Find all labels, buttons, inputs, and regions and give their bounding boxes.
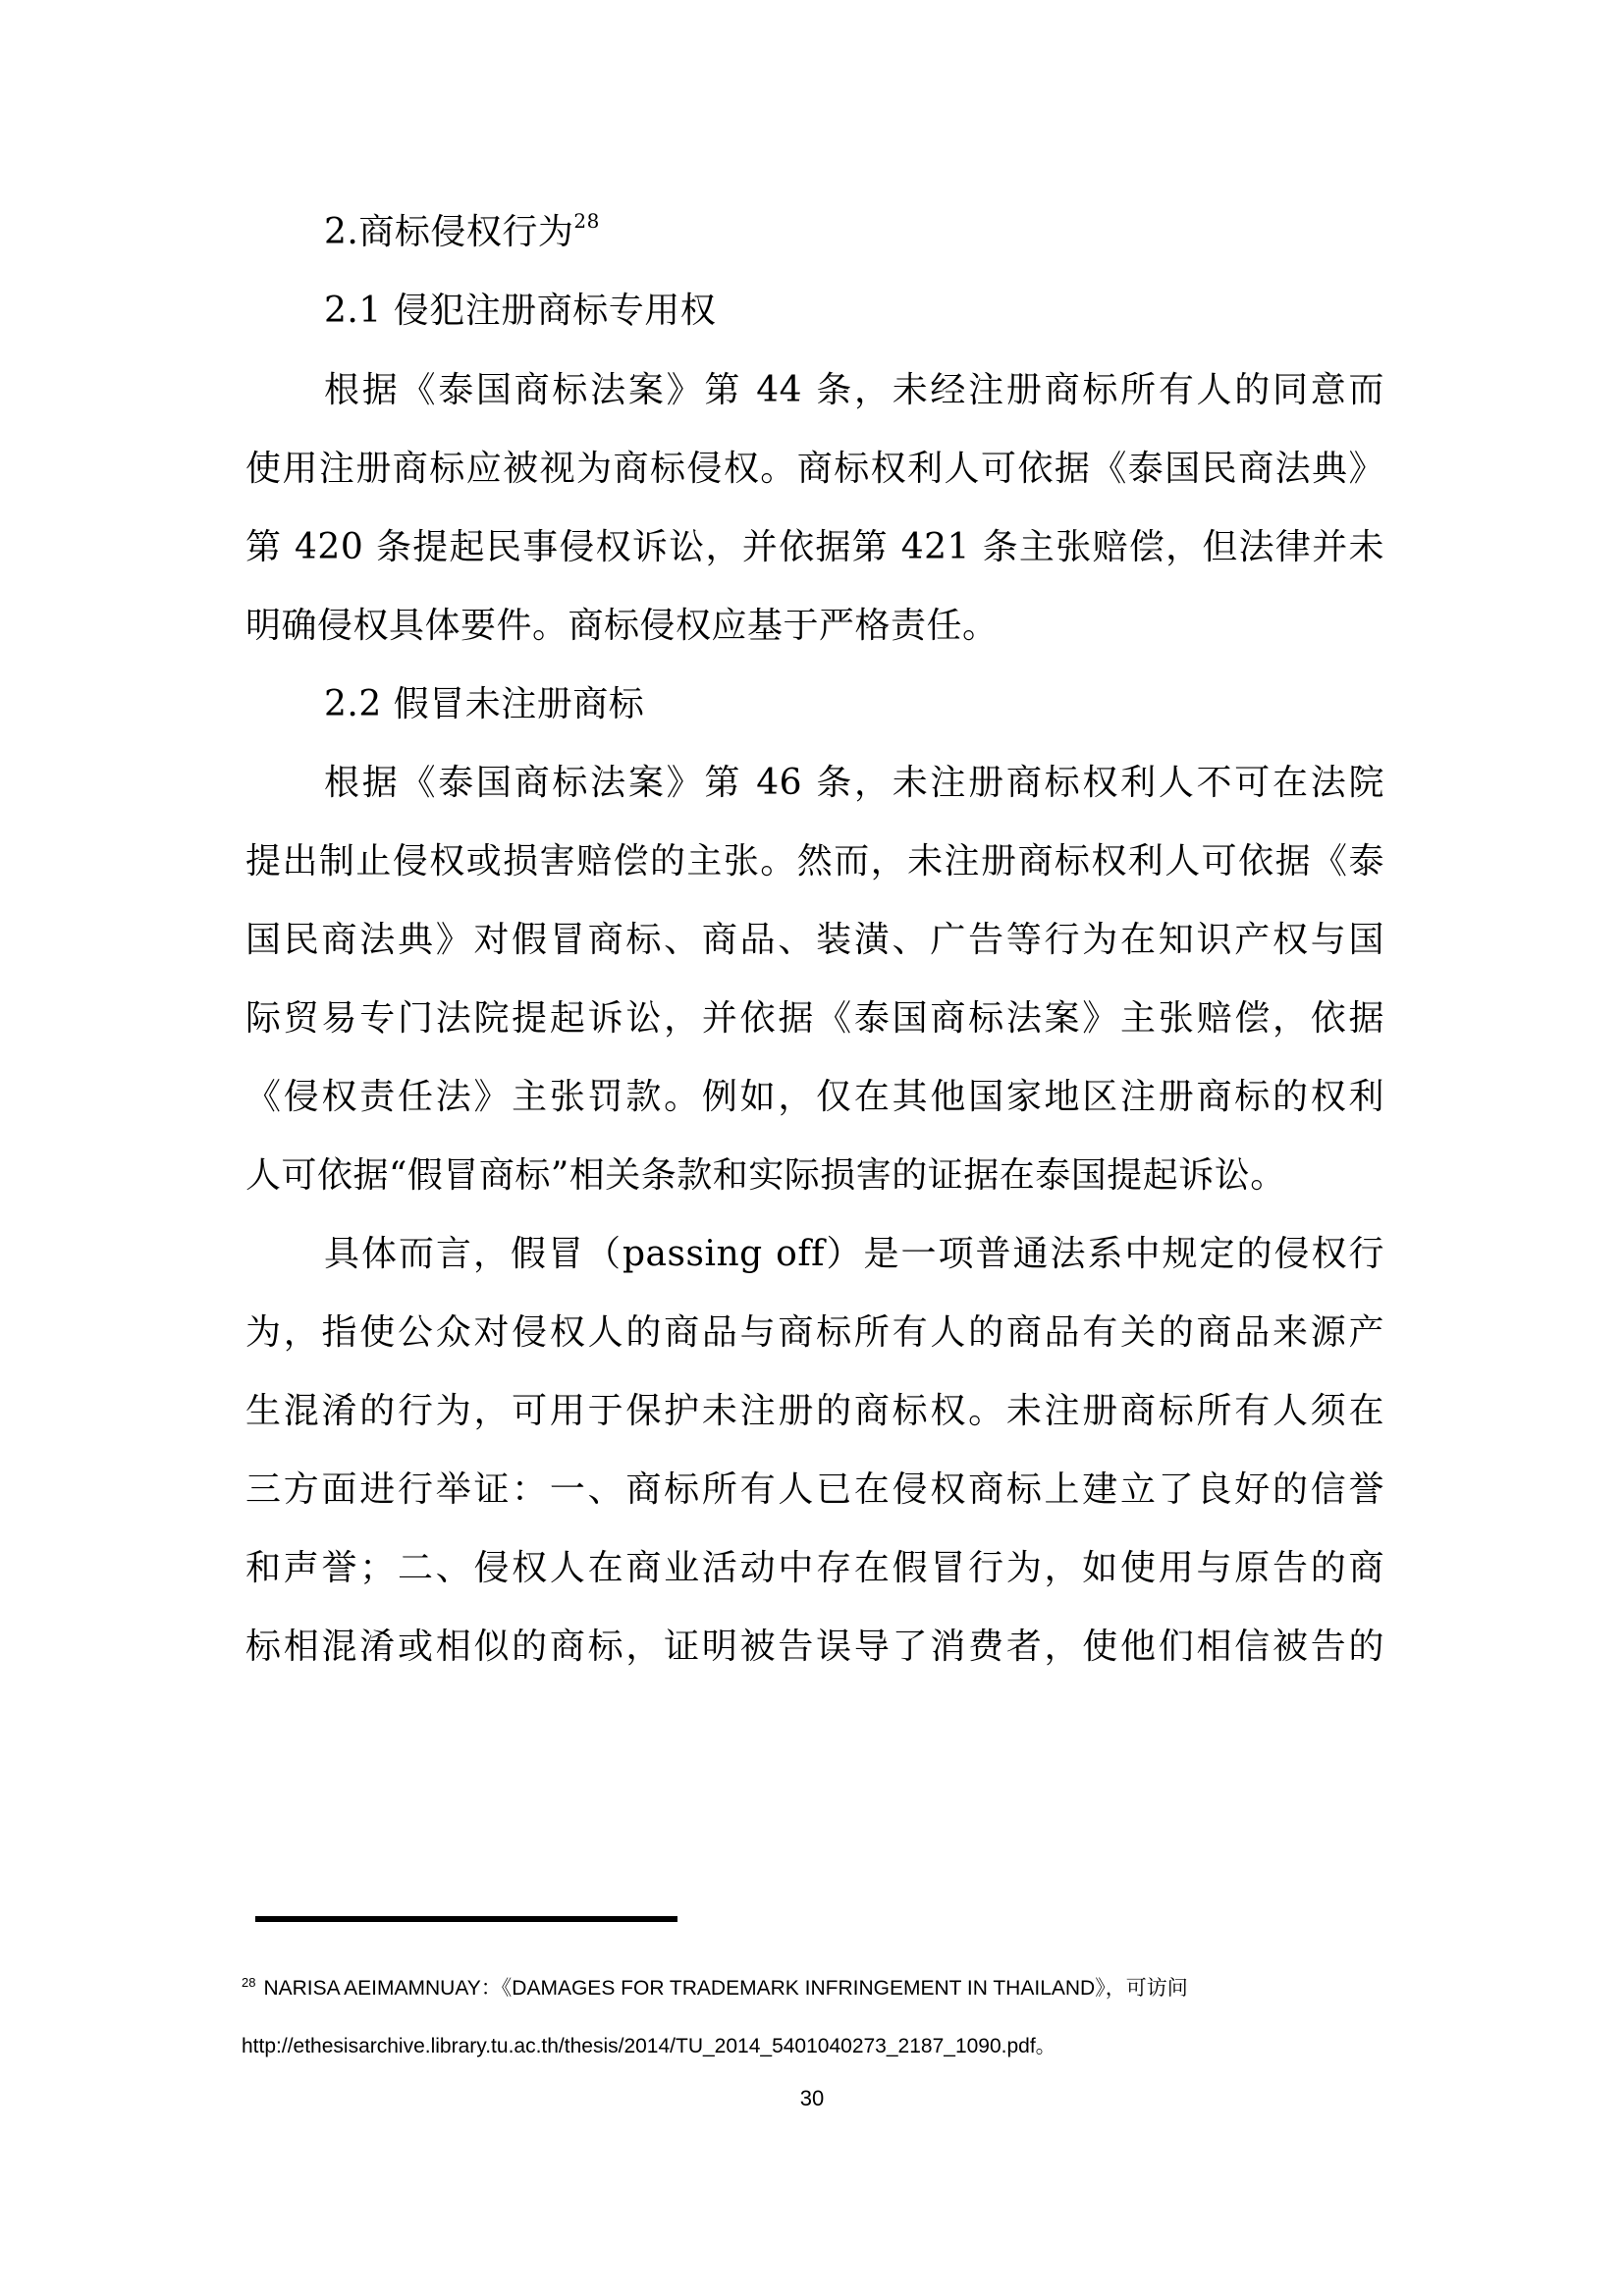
footnote-28: 28NARISA AEIMAMNUAY：《DAMAGES FOR TRADEMA… <box>242 1975 1322 2002</box>
paragraph-line: 生混淆的行为，可用于保护未注册的商标权。未注册商标所有人须在 <box>245 1388 1384 1435</box>
paragraph-line: 提出制止侵权或损害赔偿的主张。然而，未注册商标权利人可依据《泰 <box>245 838 1384 885</box>
paragraph-line: 根据《泰国商标法案》第 46 条，未注册商标权利人不可在法院 <box>245 760 1384 807</box>
footnote-citation: NARISA AEIMAMNUAY：《DAMAGES FOR TRADEMARK… <box>263 1977 1187 2000</box>
paragraph-line: 明确侵权具体要件。商标侵权应基于严格责任。 <box>245 603 1384 650</box>
subsection-heading-2-1: 2.1 侵犯注册商标专用权 <box>245 288 1384 335</box>
footnote-url[interactable]: http://ethesisarchive.library.tu.ac.th/t… <box>242 2033 1322 2060</box>
page-number: 30 <box>0 2085 1624 2112</box>
document-page: 2.商标侵权行为28 2.1 侵犯注册商标专用权 根据《泰国商标法案》第 44 … <box>0 0 1624 2296</box>
subsection-heading-2-2: 2.2 假冒未注册商标 <box>245 681 1384 728</box>
footnote-number: 28 <box>242 1975 255 1990</box>
paragraph-line: 和声誉；二、侵权人在商业活动中存在假冒行为，如使用与原告的商 <box>245 1545 1384 1592</box>
footnote-ref[interactable]: 28 <box>573 209 599 233</box>
paragraph-line: 国民商法典》对假冒商标、商品、装潢、广告等行为在知识产权与国 <box>245 917 1384 964</box>
paragraph-line: 第 420 条提起民事侵权诉讼，并依据第 421 条主张赔偿，但法律并未 <box>245 524 1384 571</box>
paragraph-line: 为，指使公众对侵权人的商品与商标所有人的商品有关的商品来源产 <box>245 1309 1384 1357</box>
paragraph-line: 具体而言，假冒（passing off）是一项普通法系中规定的侵权行 <box>245 1231 1384 1278</box>
section-heading: 2.商标侵权行为28 <box>245 209 1384 256</box>
paragraph-line: 使用注册商标应被视为商标侵权。商标权利人可依据《泰国民商法典》 <box>245 446 1384 493</box>
section-heading-text: 2.商标侵权行为 <box>324 212 573 252</box>
paragraph-line: 三方面进行举证：一、商标所有人已在侵权商标上建立了良好的信誉 <box>245 1467 1384 1514</box>
paragraph-line: 际贸易专门法院提起诉讼，并依据《泰国商标法案》主张赔偿，依据 <box>245 995 1384 1042</box>
paragraph-line: 人可依据“假冒商标”相关条款和实际损害的证据在泰国提起诉讼。 <box>245 1152 1384 1200</box>
paragraph-line: 《侵权责任法》主张罚款。例如，仅在其他国家地区注册商标的权利 <box>245 1074 1384 1121</box>
paragraph-line: 根据《泰国商标法案》第 44 条，未经注册商标所有人的同意而 <box>245 367 1384 414</box>
paragraph-line: 标相混淆或相似的商标，证明被告误导了消费者，使他们相信被告的 <box>245 1624 1384 1671</box>
footnote-separator <box>255 1916 677 1922</box>
